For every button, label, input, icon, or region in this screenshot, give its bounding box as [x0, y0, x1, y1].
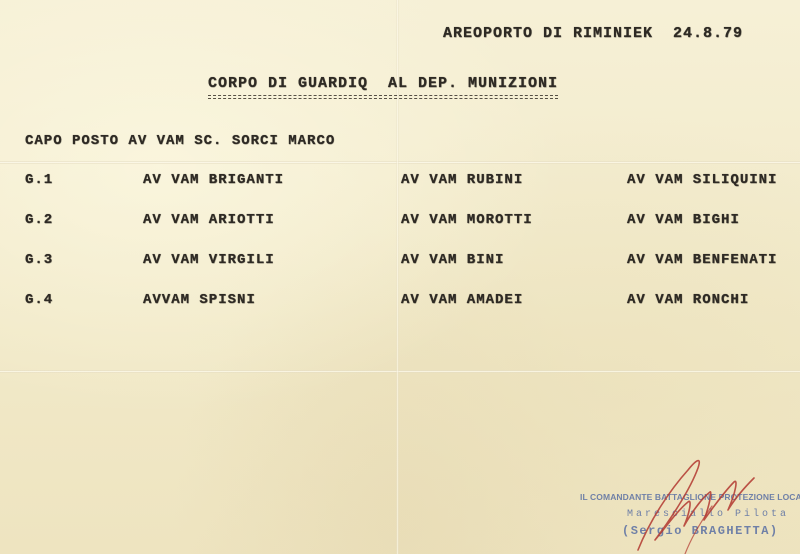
group-member: AV VAM MOROTTI: [401, 212, 533, 228]
group-label: G.3: [25, 252, 53, 268]
group-member: AVVAM SPISNI: [143, 292, 256, 308]
group-member: AV VAM ARIOTTI: [143, 212, 275, 228]
group-label: G.2: [25, 212, 53, 228]
group-member: AV VAM SILIQUINI: [627, 172, 777, 188]
group-member: AV VAM BIGHI: [627, 212, 740, 228]
group-member: AV VAM RONCHI: [627, 292, 749, 308]
group-member: AV VAM BRIGANTI: [143, 172, 284, 188]
paper-fold-line: [0, 370, 800, 373]
group-member: AV VAM VIRGILI: [143, 252, 275, 268]
group-label: G.4: [25, 292, 53, 308]
title-underline: [208, 95, 558, 99]
document-title: CORPO DI GUARDIQ AL DEP. MUNIZIONI: [208, 75, 558, 92]
capo-posto-line: CAPO POSTO AV VAM SC. SORCI MARCO: [25, 133, 335, 149]
handwritten-signature-icon: [630, 440, 760, 554]
place-and-date: AREOPORTO DI RIMINIEK 24.8.79: [443, 25, 743, 42]
group-label: G.1: [25, 172, 53, 188]
typewritten-document: AREOPORTO DI RIMINIEK 24.8.79 CORPO DI G…: [0, 0, 800, 554]
group-member: AV VAM AMADEI: [401, 292, 523, 308]
group-member: AV VAM RUBINI: [401, 172, 523, 188]
paper-fold-line: [0, 161, 800, 164]
group-member: AV VAM BINI: [401, 252, 504, 268]
group-member: AV VAM BENFENATI: [627, 252, 777, 268]
